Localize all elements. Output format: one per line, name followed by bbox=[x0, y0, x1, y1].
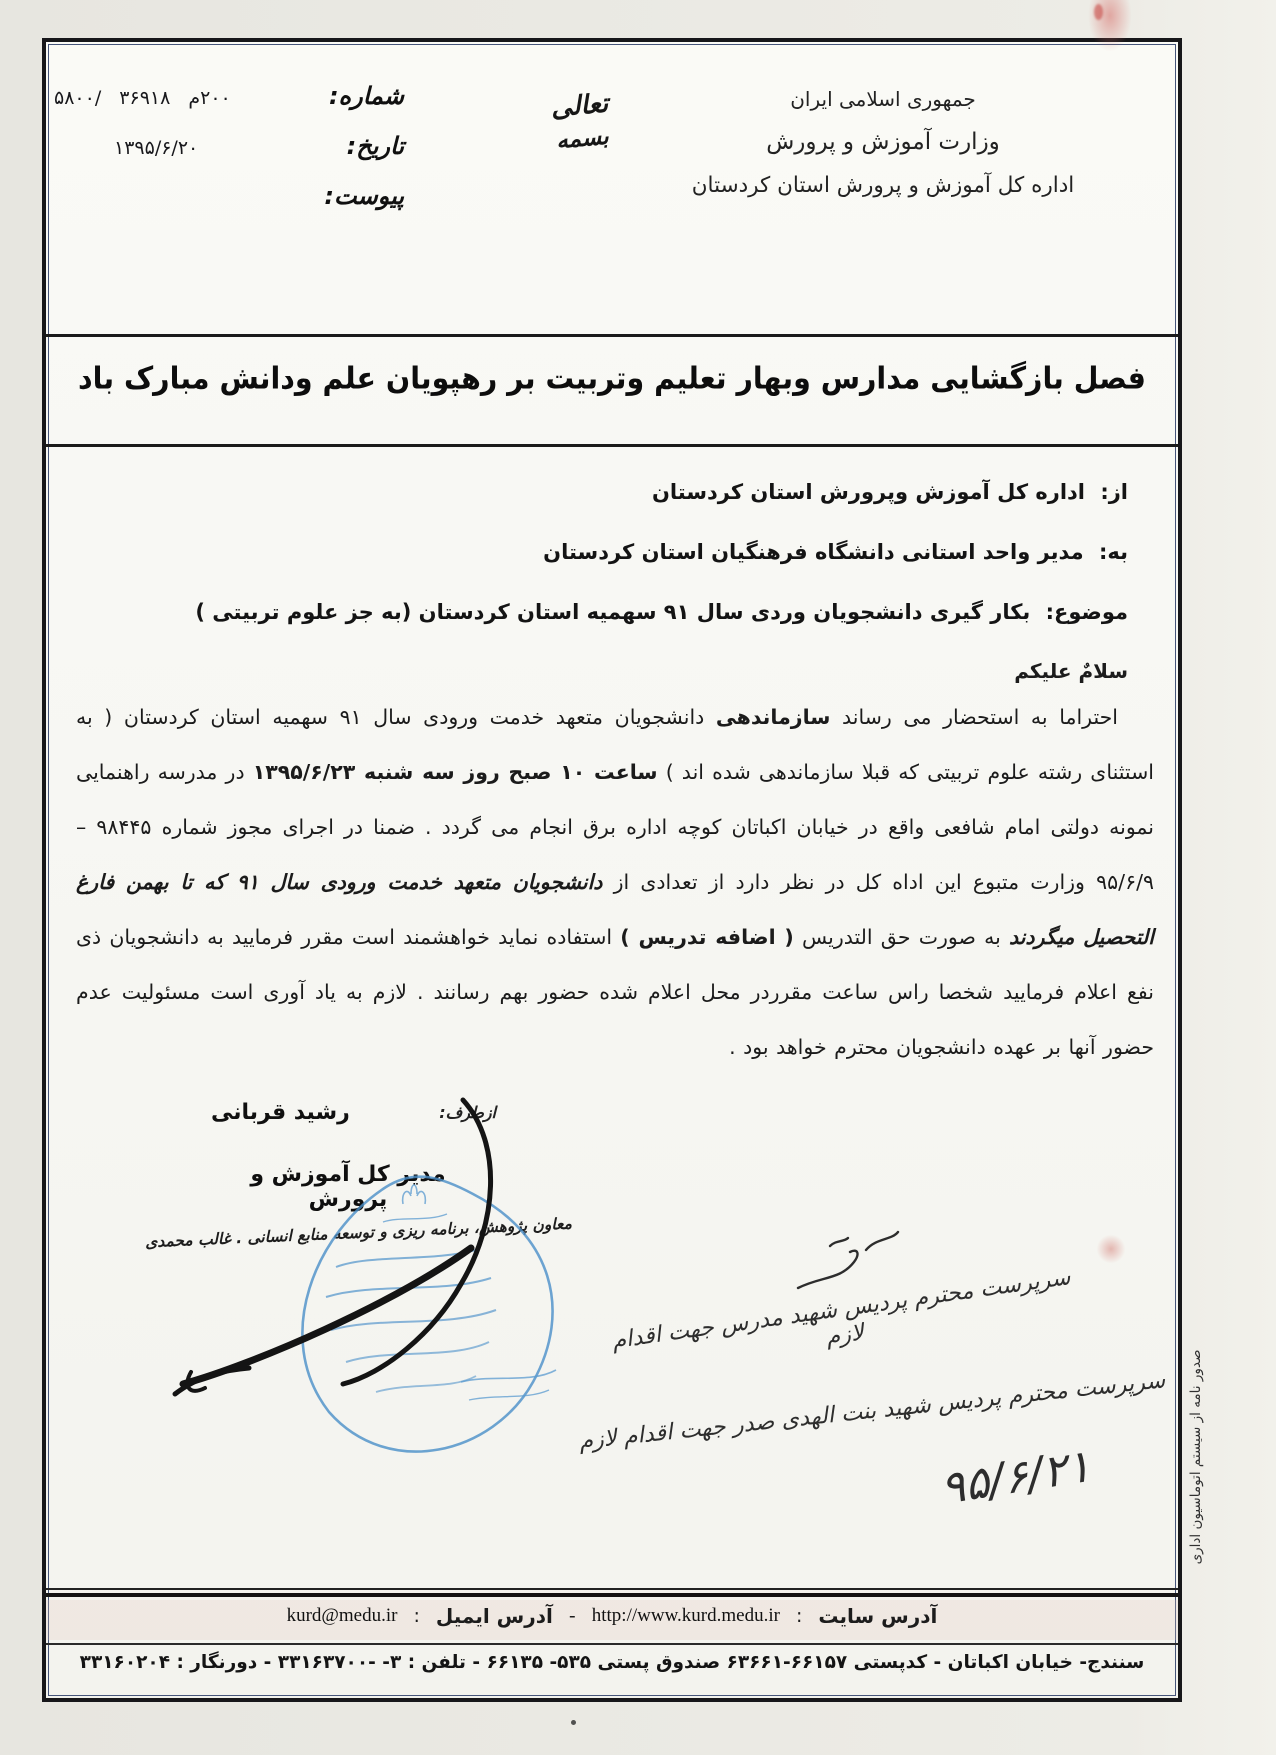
org-ministry: وزارت آموزش و پرورش bbox=[640, 121, 1126, 164]
automation-note-vertical: صدور نامه از سیستم اتوماسیون اداری bbox=[1188, 1222, 1214, 1692]
from-value: اداره کل آموزش وپرورش استان کردستان bbox=[652, 480, 1085, 504]
body-run: به صورت حق التدریس bbox=[794, 925, 1009, 949]
footer-top-thin-rule bbox=[46, 1588, 1178, 1590]
header-divider bbox=[46, 334, 1178, 337]
footer-top-thick-rule bbox=[46, 1593, 1178, 1597]
to-value: مدیر واحد استانی دانشگاه فرهنگیان استان … bbox=[543, 540, 1083, 564]
subject-value: بکار گیری دانشجویان وردی سال ۹۱ سهمیه اس… bbox=[195, 600, 1030, 624]
body-run: ساعت ۱۰ صبح روز سه شنبه ۱۳۹۵/۶/۲۳ bbox=[253, 760, 658, 784]
email-value: kurd@medu.ir bbox=[287, 1605, 398, 1627]
besmele-calligraphy: تعالی بسمه bbox=[513, 84, 648, 161]
from-label: از: bbox=[1100, 480, 1128, 504]
org-department: اداره کل آموزش و پرورش استان کردستان bbox=[640, 164, 1126, 207]
banner-divider bbox=[46, 444, 1178, 447]
site-colon: : bbox=[796, 1605, 802, 1627]
footer-separator: - bbox=[569, 1605, 576, 1627]
footer-contact-row: آدرس سایت : http://www.kurd.medu.ir - آد… bbox=[46, 1604, 1178, 1628]
site-label: آدرس سایت bbox=[818, 1604, 937, 1628]
date-label: تاریخ: bbox=[347, 132, 404, 160]
footer-address: سنندج- خیابان اکباتان - کدپستی ۶۶۱۵۷-۶۳۶… bbox=[46, 1652, 1178, 1673]
number-value: ۲۰۰م ۳۶۹۱۸ /۵۸۰۰ bbox=[54, 87, 231, 109]
subject-label: موضوع: bbox=[1046, 600, 1128, 624]
site-url: http://www.kurd.medu.ir bbox=[592, 1605, 780, 1627]
body-run: سازماندهی bbox=[716, 705, 831, 729]
slogan-banner: فصل بازگشایی مدارس وبهار تعلیم وتربیت بر… bbox=[46, 361, 1178, 396]
to-line: به: مدیر واحد استانی دانشگاه فرهنگیان اس… bbox=[543, 540, 1128, 564]
from-line: از: اداره کل آموزش وپرورش استان کردستان bbox=[652, 480, 1128, 504]
footer-mid-rule bbox=[46, 1643, 1178, 1645]
meta-block: شماره: ۲۰۰م ۳۶۹۱۸ /۵۸۰۰ تاریخ: ۱۳۹۵/۶/۲۰… bbox=[54, 82, 404, 232]
org-country: جمهوری اسلامی ایران bbox=[640, 78, 1126, 121]
body-run: ( اضافه تدریس ) bbox=[620, 925, 794, 949]
salutation: سلامٌ علیکم bbox=[1014, 659, 1128, 683]
to-label: به: bbox=[1099, 540, 1128, 564]
attachment-label: پیوست: bbox=[324, 182, 404, 210]
body-run: احتراما به استحضار می رساند bbox=[830, 705, 1118, 729]
scan-artifact-red-streak bbox=[1094, 4, 1103, 20]
number-row: شماره: ۲۰۰م ۳۶۹۱۸ /۵۸۰۰ bbox=[54, 82, 404, 110]
email-label: آدرس ایمیل bbox=[436, 1604, 553, 1628]
org-header: جمهوری اسلامی ایران وزارت آموزش و پرورش … bbox=[640, 78, 1126, 207]
ink-dot bbox=[571, 1720, 576, 1725]
body-paragraph: احتراما به استحضار می رساند سازماندهی دا… bbox=[76, 690, 1154, 1075]
attachment-row: پیوست: bbox=[54, 182, 404, 210]
date-row: تاریخ: ۱۳۹۵/۶/۲۰ bbox=[54, 132, 404, 160]
subject-line: موضوع: بکار گیری دانشجویان وردی سال ۹۱ س… bbox=[195, 600, 1128, 624]
scan-background: { "letterhead": { "country": "جمهوری اسل… bbox=[0, 0, 1276, 1755]
email-colon: : bbox=[413, 1605, 419, 1627]
number-label: شماره: bbox=[329, 82, 404, 110]
date-value: ۱۳۹۵/۶/۲۰ bbox=[114, 137, 198, 159]
